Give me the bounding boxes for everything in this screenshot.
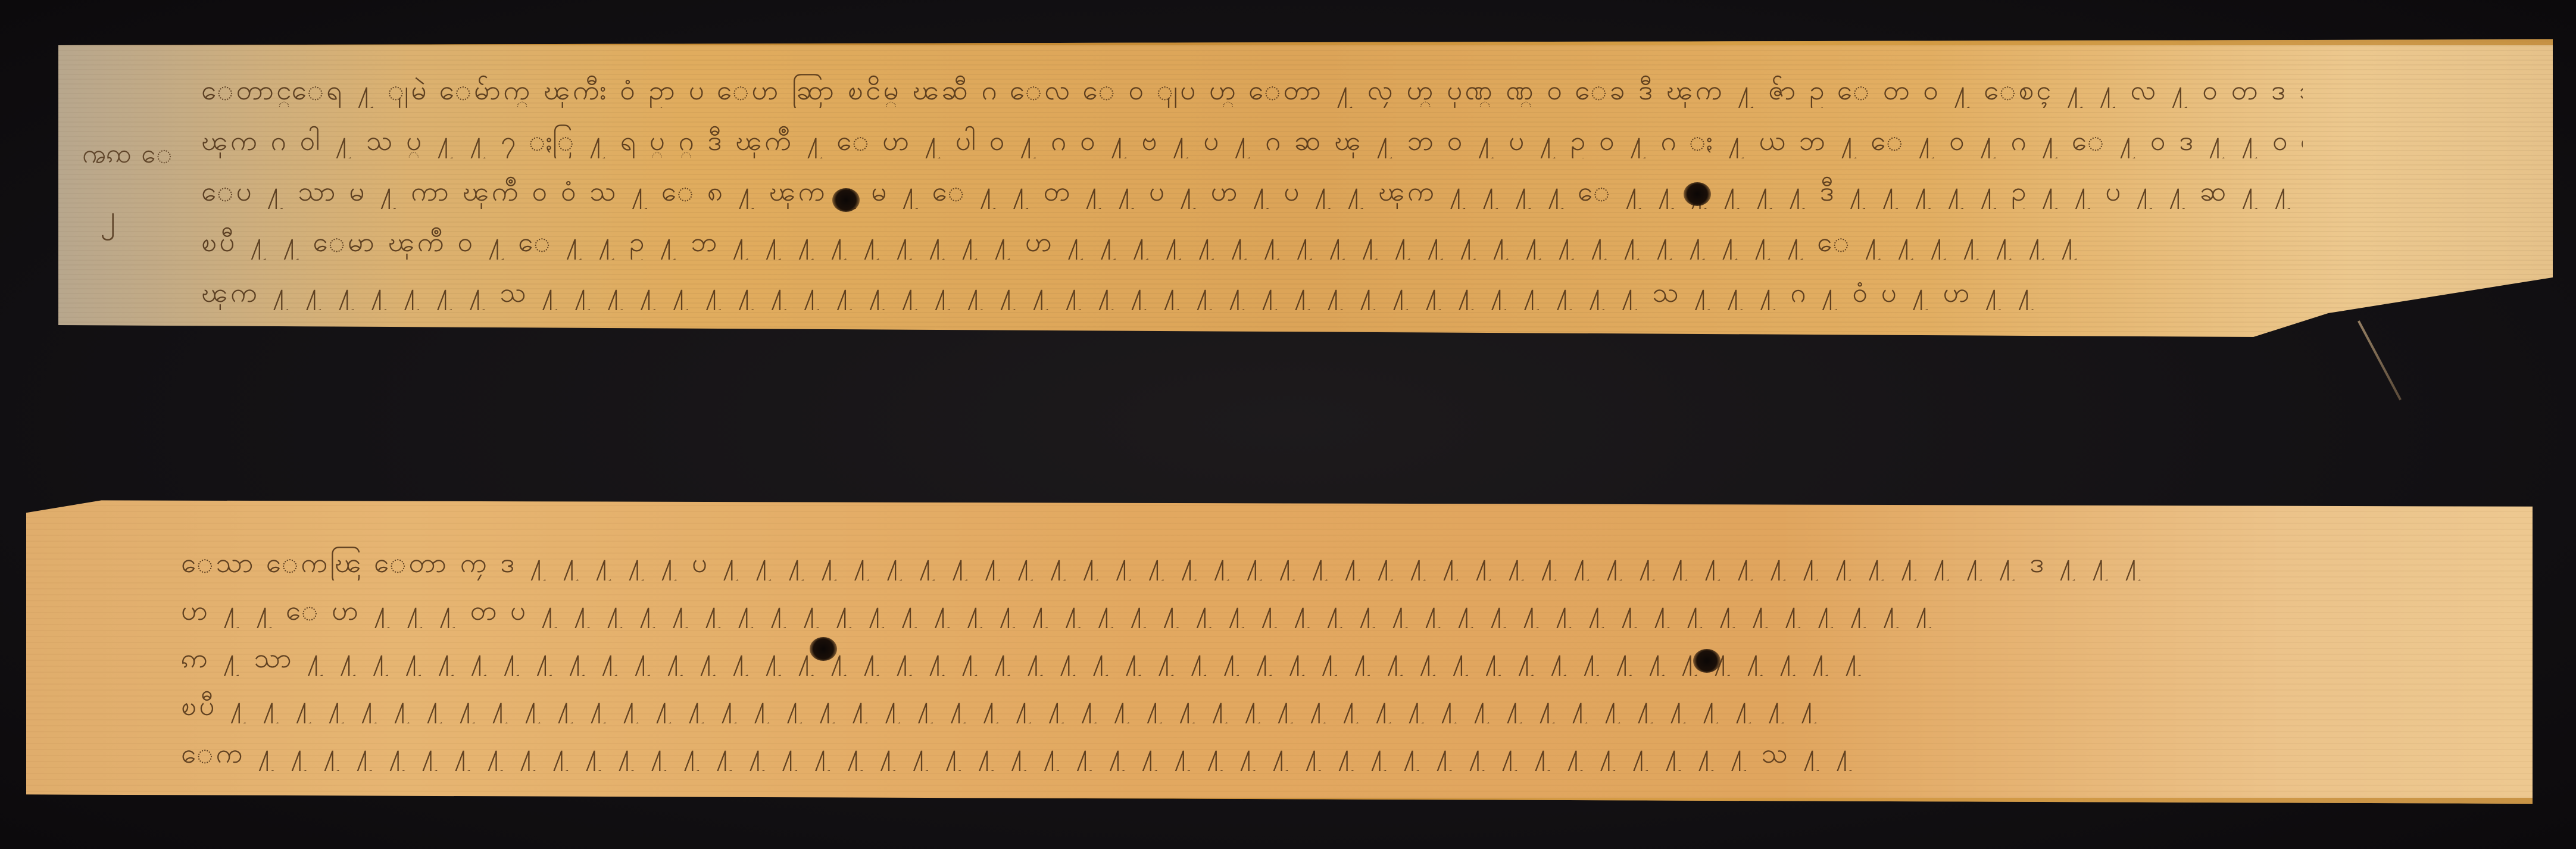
script-line: ေက ႔ ႔ ႔ ႔ ႔ ႔ ႔ ႔ ႔ ႔ ႔ ႔ ႔ ႔ ႔ ႔ ႔ ႔ ႔… [181,735,2294,771]
script-line: ၿပီ ႔ ႔ ႔ ႔ ႔ ႔ ႔ ႔ ႔ ႔ ႔ ႔ ႔ ႔ ႔ ႔ ႔ ႔ … [181,688,2294,723]
script-line: ဢ ႔ သာ ႔ ႔ ႔ ႔ ႔ ႔ ႔ ႔ ႔ ႔ ႔ ႔ ႔ ႔ ႔ ႔ ႔… [181,640,2294,676]
inscribed-text-block: ေတာင္ေရ ႔ ျမဲ ေမ်ာက္ ၾကီး ၀ံ ဥာ ပ ေဟ ဆြာ… [201,72,2303,310]
script-line: ေပ ႔ သာ မ ႔ ကာ ၾကဳ ၀ ဝံ သ ႔ ေ ၈ ႔ ၾက ႔ မ… [201,173,2303,209]
string-hole-right [1693,649,1721,673]
script-line: ေသာ ေကၽြ ေတာ ကၠ ဒ ႔ ႔ ႔ ႔ ႔ ပ ႔ ႔ ႔ ႔ ႔ … [181,545,2294,580]
palm-leaf-folio-bottom: ေသာ ေကၽြ ေတာ ကၠ ဒ ႔ ႔ ႔ ႔ ႔ ပ ႔ ႔ ႔ ႔ ႔ … [26,494,2533,804]
leaf-edge-gilding [26,798,2533,804]
folio-margin-label: ꩠꩡ ေ [82,138,172,176]
palm-leaf-folio-top: ꩠꩡ ေ ၂ ေတာင္ေရ ႔ ျမဲ ေမ်ာက္ ၾကီး ၀ံ ဥာ ပ… [58,39,2553,337]
string-hole-right [1684,182,1711,206]
leaf-edge-gilding [58,39,2553,45]
loose-thread [2358,320,2402,400]
script-line: ၾက ႔ ႔ ႔ ႔ ႔ ႔ ႔ သ ႔ ႔ ႔ ႔ ႔ ႔ ႔ ႔ ႔ ႔ ႔… [201,274,2303,310]
script-line: ေတာင္ေရ ႔ ျမဲ ေမ်ာက္ ၾကီး ၀ံ ဥာ ပ ေဟ ဆြာ… [201,72,2303,108]
script-line: ၾက ဂ ၀ါ ႔ သ ပ္ ႔ ႔ ၇ ႏြ ႔ ရ ပ္ ဂ္ ဒီ ၾကဳ… [201,123,2303,158]
string-hole-left [832,188,860,212]
folio-margin-numeral: ၂ [100,197,115,242]
inscribed-text-block: ေသာ ေကၽြ ေတာ ကၠ ဒ ႔ ႔ ႔ ႔ ႔ ပ ႔ ႔ ႔ ႔ ႔ … [181,545,2294,771]
script-line: ၿပီ ႔ ႔ ေမာ ၾကဳ ၀ ႔ ေ ႔ ႔ ဥ ႔ ဘ ႔ ႔ ႔ ႔ … [201,224,2303,260]
script-line: ဟ ႔ ႔ ေ ဟ ႔ ႔ ႔ တ ပ ႔ ႔ ႔ ႔ ႔ ႔ ႔ ႔ ႔ ႔ … [181,592,2294,628]
string-hole-left [810,637,837,661]
